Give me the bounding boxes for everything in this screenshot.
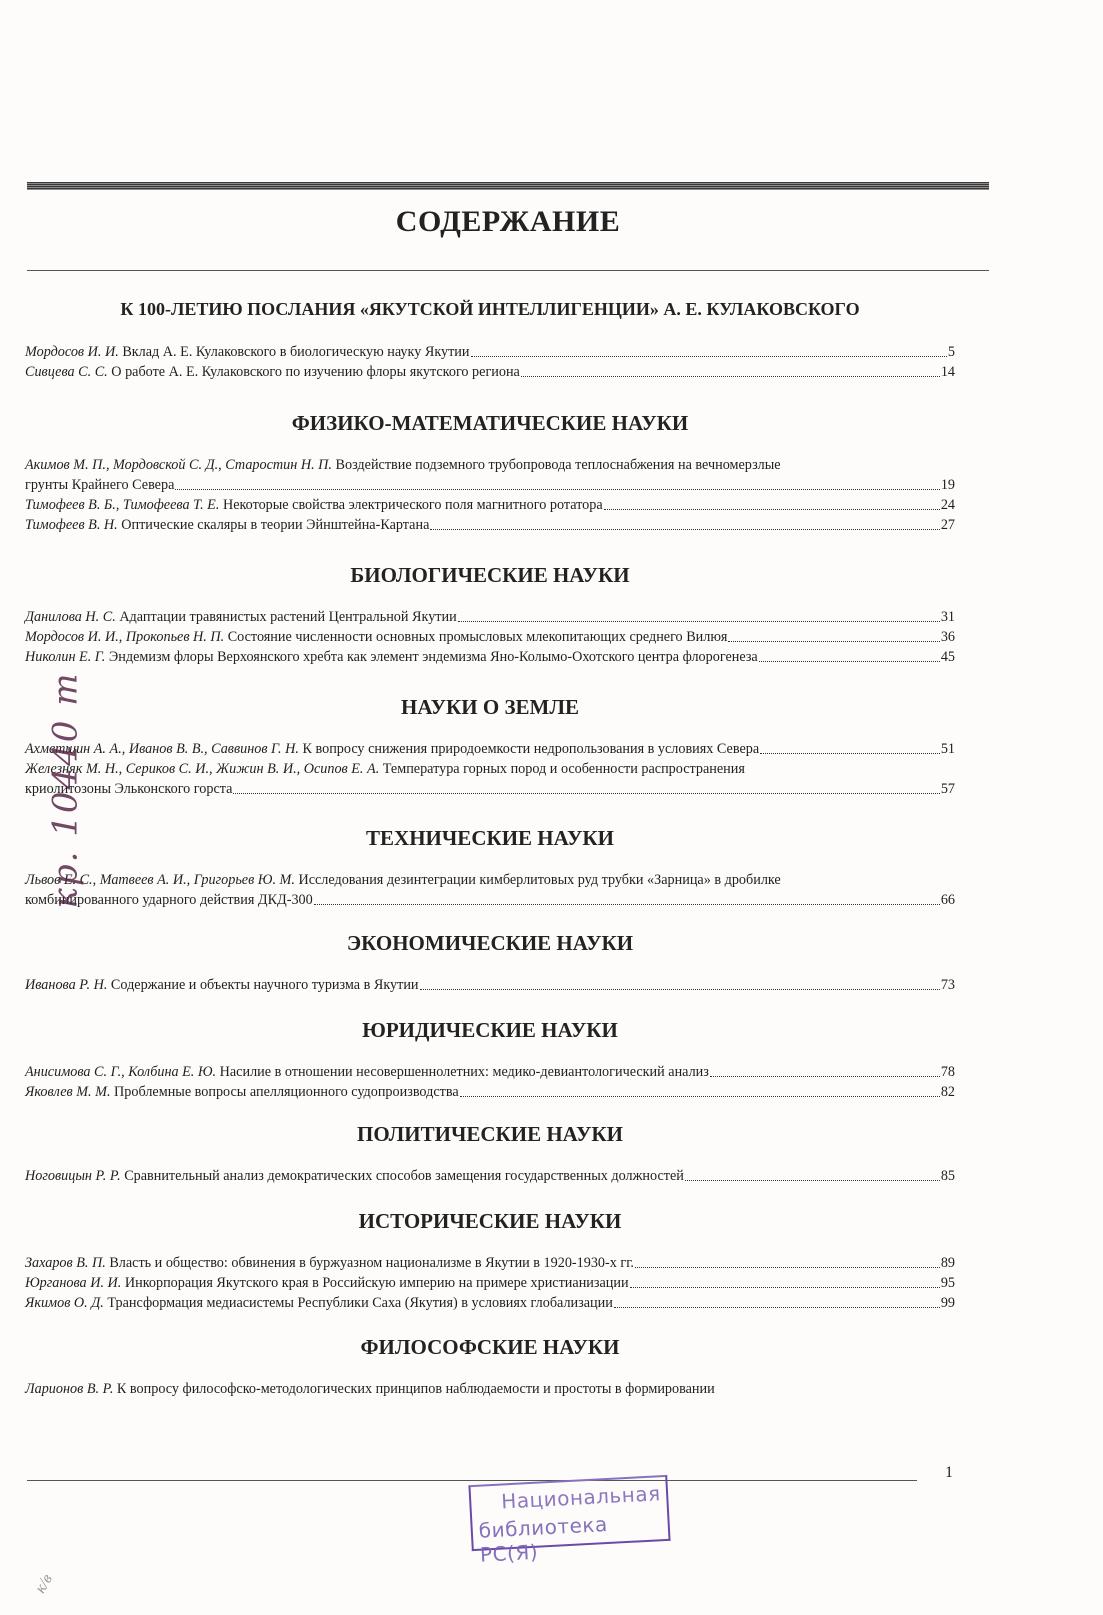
entry-line: Ноговицын Р. Р. Сравнительный анализ дем… [25,1166,955,1186]
entry-authors: Захаров В. П. [25,1255,106,1271]
entry-page-number: 5 [948,342,955,362]
entry-authors: Якимов О. Д. [25,1295,104,1311]
dot-leader [471,356,947,357]
entry-page-number: 27 [941,515,955,535]
entry-title: Власть и общество: обвинения в буржуазно… [109,1255,634,1271]
dot-leader [458,621,940,622]
entry-line: Якимов О. Д. Трансформация медиасистемы … [25,1293,955,1313]
entry-authors: Ноговицын Р. Р. [25,1168,121,1184]
page-title: СОДЕРЖАНИЕ [27,205,989,239]
dot-leader [430,529,939,530]
library-stamp: Национальная библиотека РС(Я) [468,1475,670,1551]
entry-line: Сивцева С. С. О работе А. Е. Кулаковског… [25,362,955,382]
entry-title: Проблемные вопросы апелляционного судопр… [114,1084,459,1100]
entry-line: Акимов М. П., Мордовской С. Д., Старости… [25,455,955,475]
entry-line: Тимофеев В. Б., Тимофеева Т. Е. Некоторы… [25,495,955,515]
dot-leader [710,1076,940,1077]
dot-leader [759,661,940,662]
section-heading: ПОЛИТИЧЕСКИЕ НАУКИ [25,1124,955,1145]
section-heading: БИОЛОГИЧЕСКИЕ НАУКИ [25,565,955,586]
entry-title: О работе А. Е. Кулаковского по изучению … [111,364,520,380]
entry-authors: Мордосов И. И., Прокопьев Н. П. [25,629,224,645]
entry-authors: Сивцева С. С. [25,364,108,380]
toc-entry[interactable]: Сивцева С. С. О работе А. Е. Кулаковског… [25,362,955,382]
dot-leader [604,509,940,510]
entry-page-number: 45 [941,647,955,667]
toc-entry[interactable]: Данилова Н. С. Адаптации травянистых рас… [25,607,955,627]
toc-entry[interactable]: Тимофеев В. Б., Тимофеева Т. Е. Некоторы… [25,495,955,515]
toc-entry[interactable]: Ноговицын Р. Р. Сравнительный анализ дем… [25,1166,955,1186]
entry-page-number: 78 [941,1062,955,1082]
entry-authors: Яковлев М. М. [25,1084,111,1100]
entry-line: Мордосов И. И., Прокопьев Н. П. Состояни… [25,627,955,647]
entry-page-number: 57 [941,779,955,799]
footer-rule [27,1480,917,1481]
stamp-line-1: Национальная [501,1481,661,1513]
entry-title: грунты Крайнего Севера [25,477,174,493]
handwritten-note-text: кр. 10440 т [45,672,85,909]
entry-line: Данилова Н. С. Адаптации травянистых рас… [25,607,955,627]
dot-leader [728,641,939,642]
entry-page-number: 99 [941,1293,955,1313]
entry-line: Львов Е. С., Матвеев А. И., Григорьев Ю.… [25,870,955,890]
dot-leader [420,989,940,990]
page-number: 1 [945,1464,953,1482]
entry-page-number: 73 [941,975,955,995]
toc-entry[interactable]: Акимов М. П., Мордовской С. Д., Старости… [25,455,955,495]
entry-authors: Тимофеев В. Н. [25,517,118,533]
section-heading: ФИЗИКО-МАТЕМАТИЧЕСКИЕ НАУКИ [25,413,955,434]
dot-leader [175,489,939,490]
section-heading: ЮРИДИЧЕСКИЕ НАУКИ [25,1020,955,1041]
entry-title: Исследования дезинтеграции кимберлитовых… [298,872,780,888]
dot-leader [521,376,940,377]
toc-entry[interactable]: Якимов О. Д. Трансформация медиасистемы … [25,1293,955,1313]
toc-entry[interactable]: Ларионов В. Р. К вопросу философско-мето… [25,1379,955,1399]
entry-title: Оптические скаляры в теории Эйнштейна-Ка… [121,517,429,533]
entry-authors: Тимофеев В. Б., Тимофеева Т. Е. [25,497,219,513]
entry-title: Эндемизм флоры Верхоянского хребта как э… [109,649,758,665]
corner-handwritten-mark: к/в [32,1571,57,1596]
entry-title: Состояние численности основных промыслов… [228,629,728,645]
section-heading: ИСТОРИЧЕСКИЕ НАУКИ [25,1211,955,1232]
entry-line: грунты Крайнего Севера19 [25,475,955,495]
entry-title: Насилие в отношении несовершеннолетних: … [220,1064,709,1080]
entry-authors: Анисимова С. Г., Колбина Е. Ю. [25,1064,216,1080]
entry-page-number: 36 [941,627,955,647]
dot-leader [760,753,940,754]
toc-entry[interactable]: Железняк М. Н., Сериков С. И., Жижин В. … [25,759,955,799]
document-page: СОДЕРЖАНИЕ К 100-ЛЕТИЮ ПОСЛАНИЯ «ЯКУТСКО… [0,0,1103,1615]
entry-line: Юрганова И. И. Инкорпорация Якутского кр… [25,1273,955,1293]
title-rule [27,270,989,271]
entry-line: Тимофеев В. Н. Оптические скаляры в теор… [25,515,955,535]
entry-page-number: 14 [941,362,955,382]
dot-leader [460,1096,940,1097]
entry-authors: Данилова Н. С. [25,609,116,625]
toc-entry[interactable]: Мордосов И. И., Прокопьев Н. П. Состояни… [25,627,955,647]
entry-title: Сравнительный анализ демократических спо… [124,1168,684,1184]
toc-entry[interactable]: Мордосов И. И. Вклад А. Е. Кулаковского … [25,342,955,362]
entry-title: Вклад А. Е. Кулаковского в биологическую… [122,344,469,360]
section-heading: ЭКОНОМИЧЕСКИЕ НАУКИ [25,933,955,954]
toc-entry[interactable]: Ахметшин А. А., Иванов В. В., Саввинов Г… [25,739,955,759]
entry-line: Николин Е. Г. Эндемизм флоры Верхоянског… [25,647,955,667]
toc-entry[interactable]: Юрганова И. И. Инкорпорация Якутского кр… [25,1273,955,1293]
section-heading: К 100-ЛЕТИЮ ПОСЛАНИЯ «ЯКУТСКОЙ ИНТЕЛЛИГЕ… [25,300,955,318]
toc-entry[interactable]: Тимофеев В. Н. Оптические скаляры в теор… [25,515,955,535]
entry-line: Ахметшин А. А., Иванов В. В., Саввинов Г… [25,739,955,759]
entry-line: Иванова Р. Н. Содержание и объекты научн… [25,975,955,995]
toc-entry[interactable]: Яковлев М. М. Проблемные вопросы апелляц… [25,1082,955,1102]
dot-leader [314,904,940,905]
entry-authors: Юрганова И. И. [25,1275,121,1291]
section-heading: ФИЛОСОФСКИЕ НАУКИ [25,1337,955,1358]
toc-entry[interactable]: Захаров В. П. Власть и общество: обвинен… [25,1253,955,1273]
toc-entry[interactable]: Николин Е. Г. Эндемизм флоры Верхоянског… [25,647,955,667]
entry-line: комбинированного ударного действия ДКД-3… [25,890,955,910]
toc-entry[interactable]: Львов Е. С., Матвеев А. И., Григорьев Ю.… [25,870,955,910]
dot-leader [614,1307,940,1308]
entry-page-number: 24 [941,495,955,515]
section-heading: НАУКИ О ЗЕМЛЕ [25,697,955,718]
entry-line: Мордосов И. И. Вклад А. Е. Кулаковского … [25,342,955,362]
entry-title: Адаптации травянистых растений Центральн… [119,609,456,625]
entry-page-number: 95 [941,1273,955,1293]
entry-authors: Акимов М. П., Мордовской С. Д., Старости… [25,457,332,473]
entry-line: Железняк М. Н., Сериков С. И., Жижин В. … [25,759,955,779]
entry-title: Трансформация медиасистемы Республики Са… [107,1295,612,1311]
entry-page-number: 31 [941,607,955,627]
entry-line: Захаров В. П. Власть и общество: обвинен… [25,1253,955,1273]
entry-authors: Иванова Р. Н. [25,977,107,993]
entry-title: Некоторые свойства электрического поля м… [223,497,603,513]
handwritten-note: кр. 10440 т [2,690,52,880]
toc-entry[interactable]: Иванова Р. Н. Содержание и объекты научн… [25,975,955,995]
entry-page-number: 66 [941,890,955,910]
entry-page-number: 19 [941,475,955,495]
top-double-rule [27,182,989,190]
toc-entry[interactable]: Анисимова С. Г., Колбина Е. Ю. Насилие в… [25,1062,955,1082]
section-heading: ТЕХНИЧЕСКИЕ НАУКИ [25,828,955,849]
entry-title: К вопросу философско-методологических пр… [117,1381,715,1397]
entry-page-number: 89 [941,1253,955,1273]
entry-authors: Николин Е. Г. [25,649,105,665]
entry-line: Ларионов В. Р. К вопросу философско-мето… [25,1379,955,1399]
entry-authors: Мордосов И. И. [25,344,119,360]
entry-page-number: 82 [941,1082,955,1102]
dot-leader [685,1180,940,1181]
entry-title: Содержание и объекты научного туризма в … [111,977,419,993]
entry-title: К вопросу снижения природоемкости недроп… [302,741,759,757]
stamp-line-2: библиотека РС(Я) [478,1509,669,1567]
entry-title: Воздействие подземного трубопровода тепл… [336,457,781,473]
dot-leader [635,1267,940,1268]
entry-page-number: 51 [941,739,955,759]
entry-title: Инкорпорация Якутского края в Российскую… [125,1275,629,1291]
entry-title: Температура горных пород и особенности р… [383,761,745,777]
entry-line: криолитозоны Эльконского горста57 [25,779,955,799]
entry-line: Анисимова С. Г., Колбина Е. Ю. Насилие в… [25,1062,955,1082]
dot-leader [233,793,939,794]
entry-line: Яковлев М. М. Проблемные вопросы апелляц… [25,1082,955,1102]
entry-page-number: 85 [941,1166,955,1186]
dot-leader [630,1287,940,1288]
entry-authors: Ларионов В. Р. [25,1381,113,1397]
